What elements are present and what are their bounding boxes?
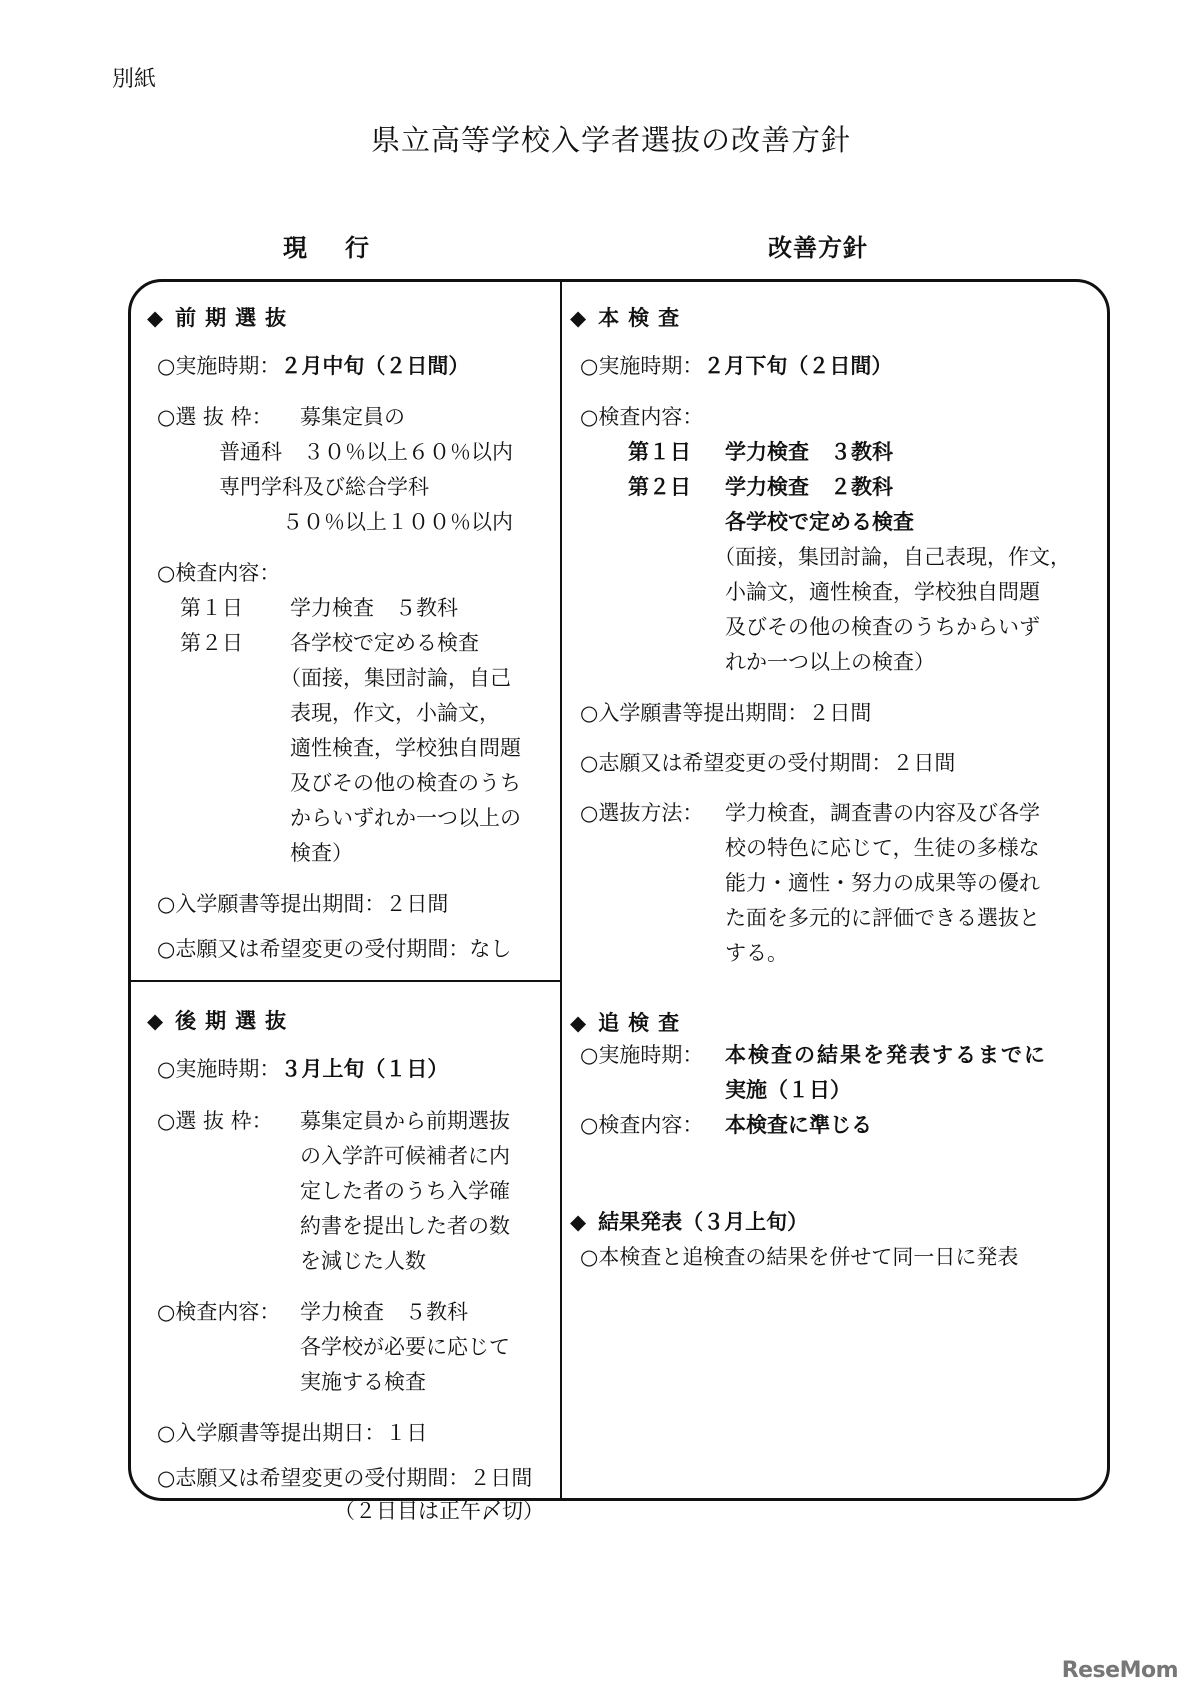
- page-title: 県立高等学校入学者選抜の改善方針: [0, 118, 1200, 159]
- late-quota-line: 募集定員から前期選抜: [300, 1106, 510, 1136]
- diamond-bullet-icon: ◆: [147, 1009, 163, 1033]
- early-quota-line: 募集定員の: [300, 402, 405, 432]
- early-day1-label: 第１日: [180, 593, 243, 623]
- diamond-bullet-icon: ◆: [570, 1011, 586, 1035]
- early-day2-detail: 適性検査，学校独自問題: [290, 733, 521, 763]
- late-content-line: 各学校が必要に応じて: [300, 1332, 510, 1362]
- main-exam-change-period: ○志願又は希望変更の受付期間：２日間: [580, 748, 955, 778]
- main-exam-day2-detail: （面接，集団討論，自己表現，作文，: [714, 542, 1071, 572]
- results-text: ○本検査と追検査の結果を併せて同一日に発表: [580, 1242, 1018, 1272]
- attachment-label: 別紙: [112, 62, 156, 93]
- late-quota-line: 約書を提出した者の数: [300, 1211, 510, 1241]
- early-day2-value: 各学校で定める検査: [290, 628, 479, 658]
- early-quota-label: ○選 抜 枠：: [157, 402, 273, 432]
- early-quota-line: 専門学科及び総合学科: [219, 472, 429, 502]
- makeup-exam-period-line: 実施（１日）: [725, 1075, 851, 1105]
- early-period: ○実施時期：２月中旬（２日間）: [157, 351, 469, 381]
- main-exam-content-label: ○検査内容：: [580, 402, 703, 432]
- late-content-line: 実施する検査: [300, 1367, 426, 1397]
- makeup-exam-content-value: 本検査に準じる: [725, 1110, 872, 1140]
- late-selection-heading: ◆後期選抜: [147, 1005, 295, 1035]
- late-quota-line: を減じた人数: [300, 1246, 426, 1276]
- main-exam-method-label: ○選抜方法：: [580, 798, 703, 828]
- diamond-bullet-icon: ◆: [570, 306, 586, 330]
- early-day2-detail: 表現，作文，小論文，: [290, 698, 500, 728]
- main-exam-day2-detail: れか一つ以上の検査）: [725, 647, 935, 677]
- main-exam-day2-value: 各学校で定める検査: [725, 507, 914, 537]
- late-quota-line: の入学許可候補者に内: [300, 1141, 510, 1171]
- late-application-date: ○入学願書等提出期日：１日: [157, 1418, 427, 1448]
- makeup-exam-period-line: 本検査の結果を発表するまでに: [725, 1040, 1047, 1070]
- main-exam-day1-value: 学力検査 ３教科: [725, 437, 893, 467]
- main-exam-day2-detail: 小論文，適性検査，学校独自問題: [725, 577, 1040, 607]
- early-content-label: ○検査内容：: [157, 558, 280, 588]
- column-header-current: 現行: [283, 228, 407, 263]
- main-exam-day2-label: 第２日: [628, 472, 691, 502]
- column-divider: [560, 281, 562, 1499]
- late-content-line: 学力検査 ５教科: [300, 1297, 468, 1327]
- early-day2-detail: 及びその他の検査のうち: [290, 768, 521, 798]
- late-quota-label: ○選 抜 枠：: [157, 1106, 273, 1136]
- diamond-bullet-icon: ◆: [570, 1210, 586, 1234]
- makeup-exam-heading: ◆追検査: [570, 1007, 688, 1037]
- main-exam-heading: ◆本検査: [570, 302, 688, 332]
- late-change-period: ○志願又は希望変更の受付期間：２日間: [157, 1463, 532, 1493]
- early-quota-line: ５０％以上１００％以内: [282, 507, 513, 537]
- results-heading: ◆結果発表（３月上旬）: [570, 1207, 808, 1237]
- resemom-watermark-logo: ReseMom: [1062, 1658, 1178, 1683]
- early-selection-heading: ◆前期選抜: [147, 302, 295, 332]
- early-quota-line: 普通科 ３０％以上６０％以内: [219, 437, 513, 467]
- diamond-bullet-icon: ◆: [147, 306, 163, 330]
- column-header-plan: 改善方針: [768, 228, 868, 263]
- main-exam-period: ○実施時期：２月下旬（２日間）: [580, 351, 892, 381]
- main-exam-day1-label: 第１日: [628, 437, 691, 467]
- main-exam-application-period: ○入学願書等提出期間：２日間: [580, 698, 871, 728]
- main-exam-method-line: 学力検査，調査書の内容及び各学: [725, 798, 1040, 828]
- main-exam-day2-value: 学力検査 ２教科: [725, 472, 893, 502]
- late-content-label: ○検査内容：: [157, 1297, 280, 1327]
- main-exam-method-line: 校の特色に応じて，生徒の多様な: [725, 833, 1040, 863]
- main-exam-method-line: 能力・適性・努力の成果等の優れ: [725, 868, 1040, 898]
- late-period: ○実施時期：３月上旬（１日）: [157, 1054, 448, 1084]
- early-change-period: ○志願又は希望変更の受付期間：なし: [157, 934, 511, 964]
- late-quota-line: 定した者のうち入学確: [300, 1176, 510, 1206]
- early-day2-label: 第２日: [180, 628, 243, 658]
- late-change-note: （２日目は正午〆切）: [334, 1496, 544, 1526]
- main-exam-method-line: た面を多元的に評価できる選抜と: [725, 903, 1040, 933]
- main-exam-method-line: する。: [725, 938, 788, 968]
- early-day2-detail: （面接，集団討論，自己: [280, 663, 511, 693]
- main-exam-day2-detail: 及びその他の検査のうちからいず: [725, 612, 1040, 642]
- early-day1-value: 学力検査 ５教科: [290, 593, 458, 623]
- early-day2-detail: 検査）: [290, 838, 353, 868]
- makeup-exam-content-label: ○検査内容：: [580, 1110, 703, 1140]
- section-divider: [131, 980, 561, 982]
- early-application-period: ○入学願書等提出期間：２日間: [157, 889, 448, 919]
- early-day2-detail: からいずれか一つ以上の: [290, 803, 521, 833]
- makeup-exam-period-label: ○実施時期：: [580, 1040, 703, 1070]
